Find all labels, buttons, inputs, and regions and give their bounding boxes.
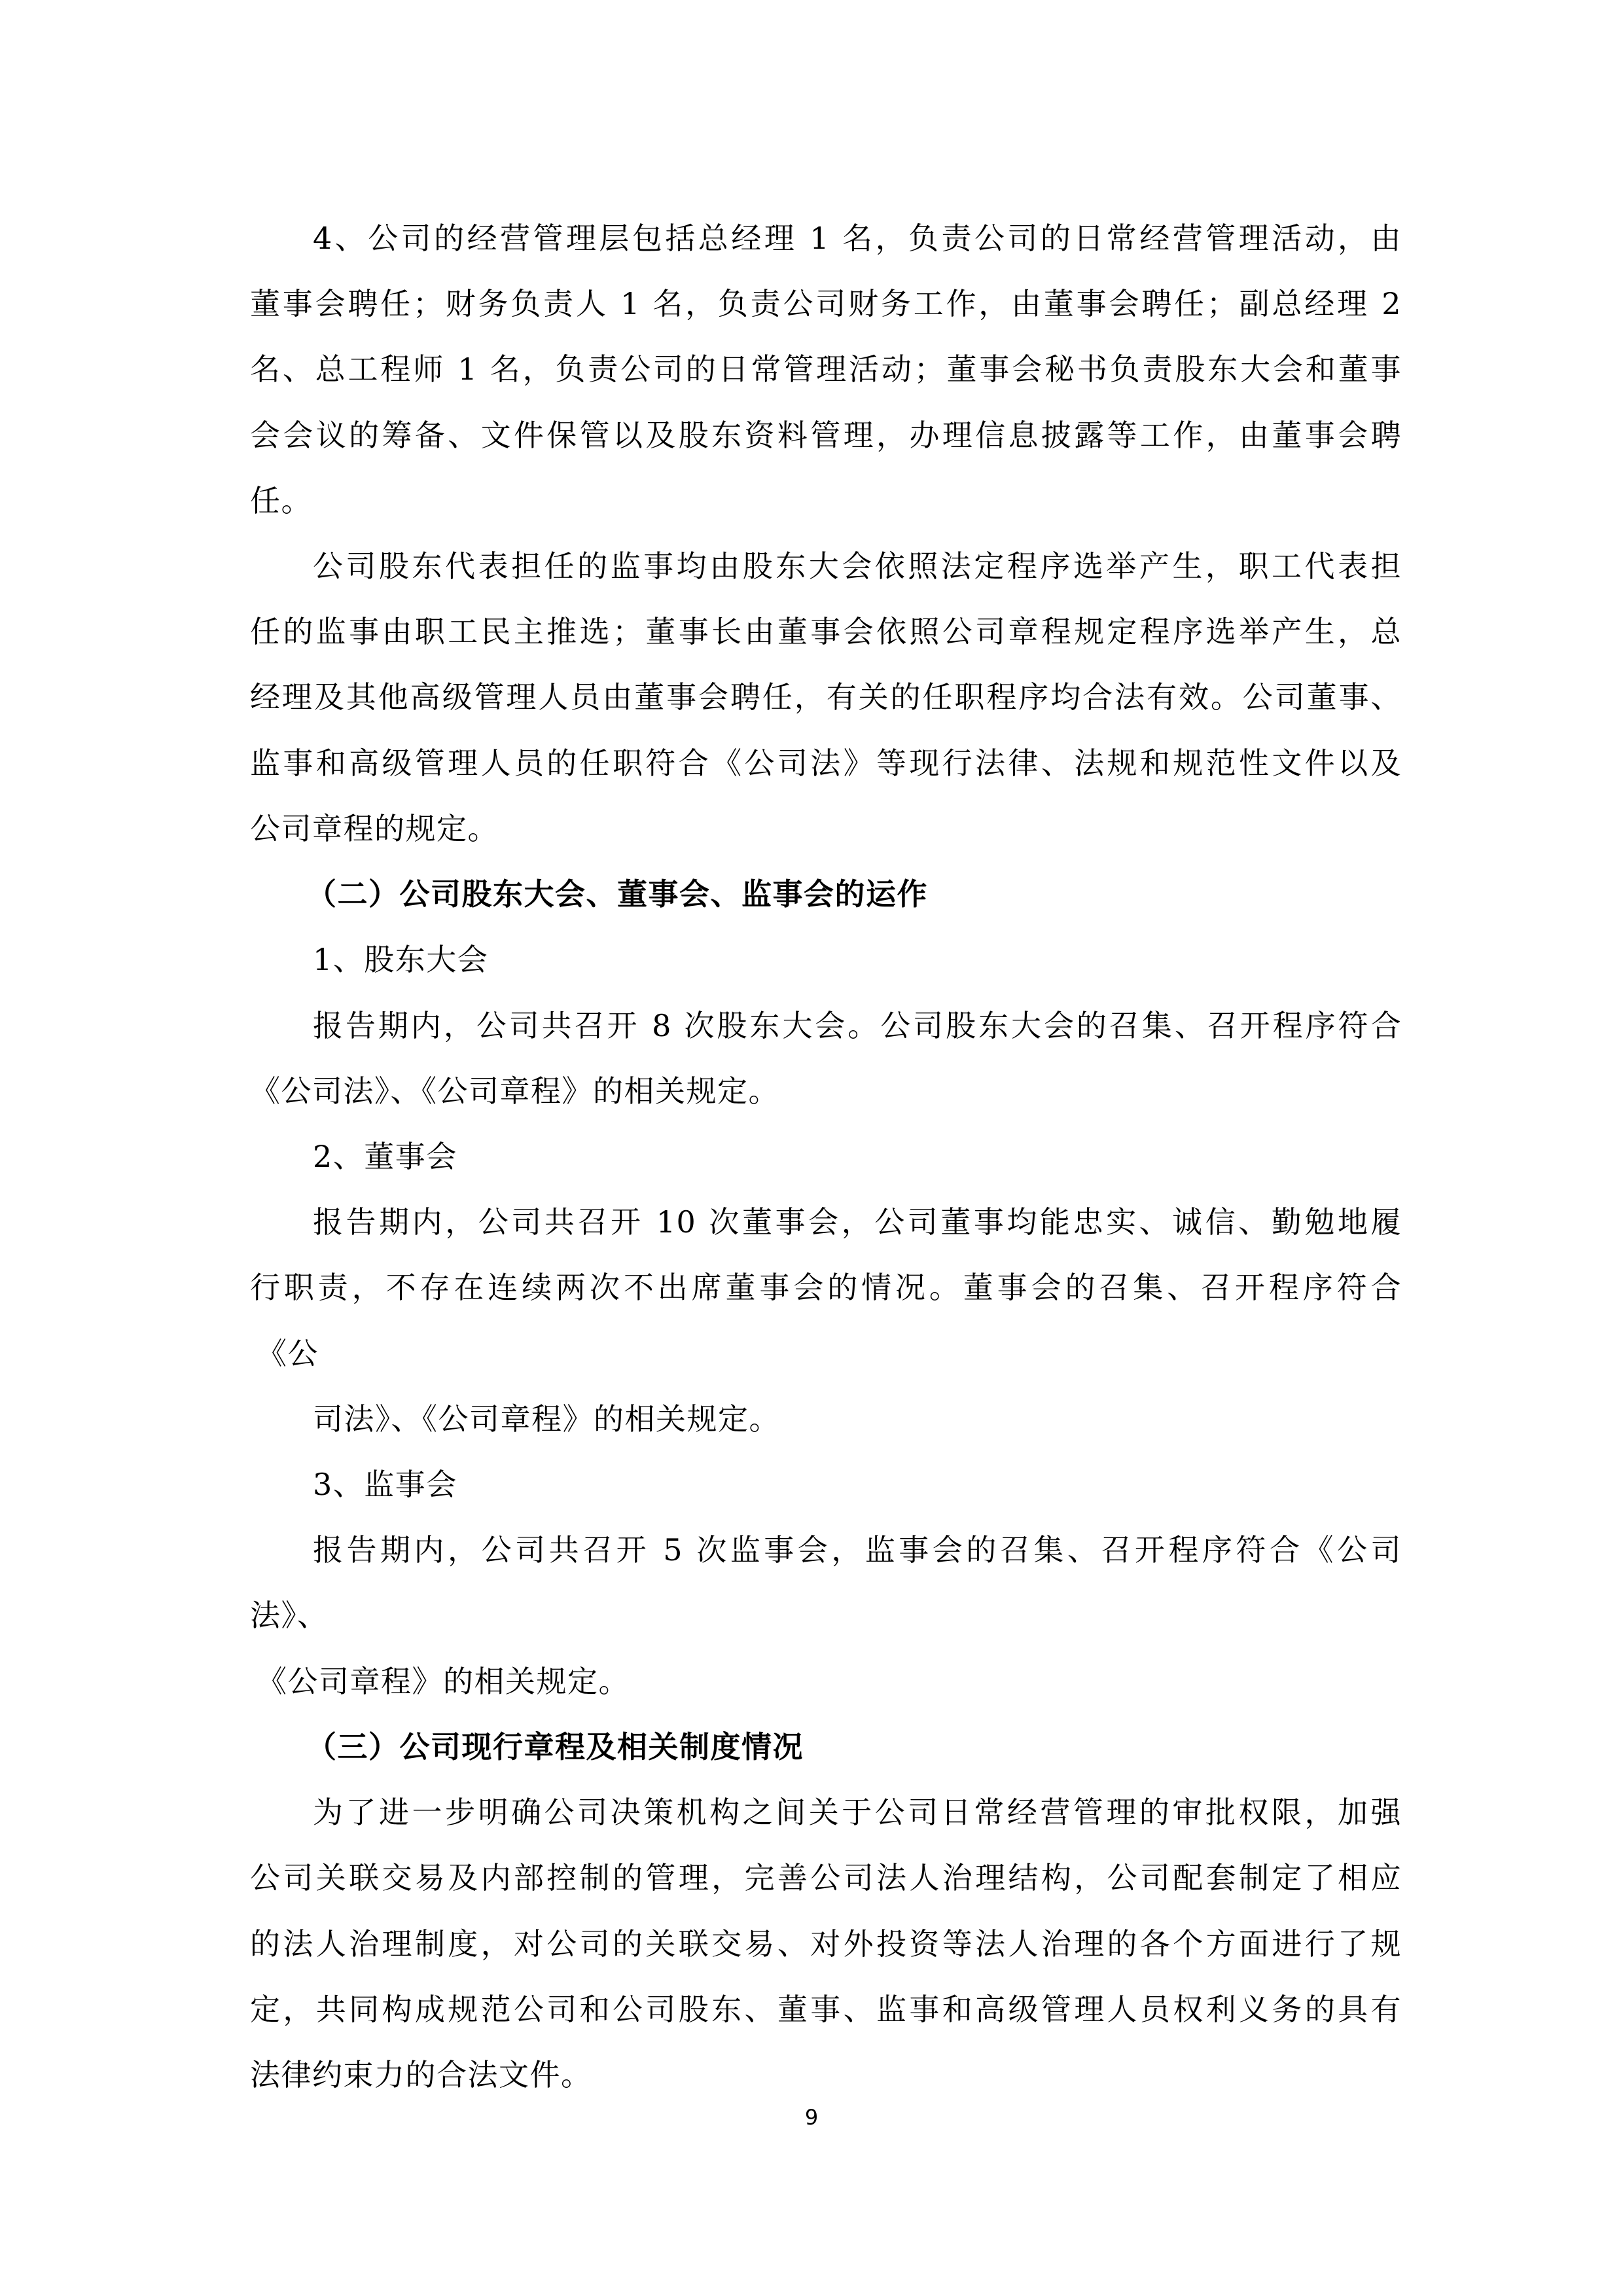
subsection-heading-shareholders-meeting: 1、股东大会 (313, 927, 1402, 992)
paragraph-line: 监事和高级管理人员的任职符合《公司法》等现行法律、法规和规范性文件以及 (250, 730, 1402, 796)
paragraph-line: 《公司章程》的相关规定。 (257, 1649, 1408, 1714)
paragraph-line: 经理及其他高级管理人员由董事会聘任，有关的任职程序均合法有效。公司董事、 (250, 664, 1402, 730)
paragraph-line: 《公 (257, 1321, 1408, 1386)
paragraph-line: 名、总工程师 1 名，负责公司的日常管理活动；董事会秘书负责股东大会和董事 (250, 336, 1402, 402)
section-heading-2: （二）公司股东大会、董事会、监事会的运作 (306, 861, 1458, 927)
paragraph-line: 4、公司的经营管理层包括总经理 1 名，负责公司的日常经营管理活动，由 (313, 206, 1402, 271)
paragraph-line: 法》、 (250, 1583, 1402, 1648)
paragraph-line: 董事会聘任；财务负责人 1 名，负责公司财务工作，由董事会聘任；副总经理 2 (250, 271, 1402, 336)
paragraph-line: 会会议的筹备、文件保管以及股东资料管理，办理信息披露等工作，由董事会聘 (250, 403, 1402, 468)
paragraph-line: 司法》、《公司章程》的相关规定。 (313, 1386, 1402, 1452)
paragraph-line: 的法人治理制度，对公司的关联交易、对外投资等法人治理的各个方面进行了规 (250, 1911, 1402, 1977)
paragraph-line: 公司关联交易及内部控制的管理，完善公司法人治理结构，公司配套制定了相应 (250, 1845, 1402, 1910)
paragraph-line: 公司股东代表担任的监事均由股东大会依照法定程序选举产生，职工代表担 (313, 533, 1402, 599)
paragraph-line: 公司章程的规定。 (250, 796, 1402, 861)
paragraph-line: 报告期内，公司共召开 5 次监事会，监事会的召集、召开程序符合《公司 (313, 1517, 1402, 1583)
paragraph-line: 任。 (250, 468, 1402, 533)
page-number: 9 (785, 2102, 838, 2132)
subsection-heading-board: 2、董事会 (313, 1124, 1402, 1189)
document-page: 4、公司的经营管理层包括总经理 1 名，负责公司的日常经营管理活动，由 董事会聘… (0, 0, 1623, 2296)
paragraph-line: 为了进一步明确公司决策机构之间关于公司日常经营管理的审批权限，加强 (313, 1780, 1402, 1845)
paragraph-line: 任的监事由职工民主推选；董事长由董事会依照公司章程规定程序选举产生，总 (250, 599, 1402, 664)
paragraph-line: 报告期内，公司共召开 8 次股东大会。公司股东大会的召集、召开程序符合 (313, 993, 1402, 1058)
paragraph-line: 报告期内，公司共召开 10 次董事会，公司董事均能忠实、诚信、勤勉地履 (313, 1189, 1402, 1255)
paragraph-line: 定，共同构成规范公司和公司股东、董事、监事和高级管理人员权利义务的具有 (250, 1977, 1402, 2042)
section-heading-3: （三）公司现行章程及相关制度情况 (306, 1714, 1458, 1780)
paragraph-line: 法律约束力的合法文件。 (250, 2042, 1402, 2108)
paragraph-line: 行职责，不存在连续两次不出席董事会的情况。董事会的召集、召开程序符合 (250, 1255, 1402, 1320)
subsection-heading-supervisors: 3、监事会 (313, 1452, 1402, 1517)
paragraph-line: 《公司法》、《公司章程》的相关规定。 (250, 1058, 1402, 1124)
